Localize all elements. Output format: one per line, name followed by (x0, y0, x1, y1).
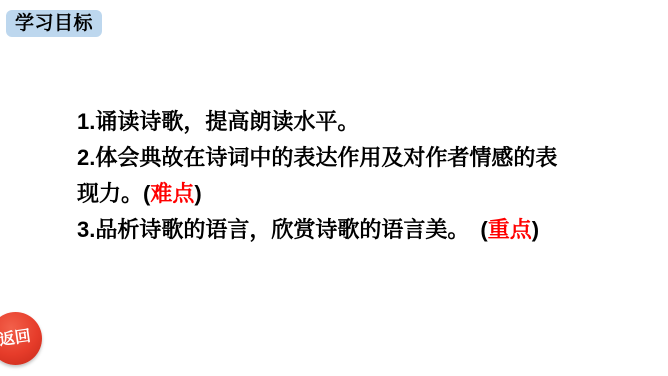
objective-text: 2.体会典故在诗词中的表达作用及对作者情感的表 (77, 145, 557, 170)
objective-highlight-text: 重点 (488, 217, 532, 242)
objective-line: 现力。(难点) (77, 176, 557, 212)
slide-title-badge: 学习目标 (6, 10, 102, 37)
objective-line: 2.体会典故在诗词中的表达作用及对作者情感的表 (77, 140, 557, 176)
objective-text: ) (532, 217, 539, 242)
objective-highlight-text: 难点 (150, 181, 194, 206)
return-button-label: 返回 (0, 328, 32, 348)
objective-line: 1.诵读诗歌，提高朗读水平。 (77, 104, 557, 140)
return-button[interactable]: 返回 (0, 312, 42, 365)
objective-text: 3.品析诗歌的语言，欣赏诗歌的语言美。 ( (77, 217, 488, 242)
objective-line: 3.品析诗歌的语言，欣赏诗歌的语言美。 (重点) (77, 212, 557, 248)
objective-text: 1.诵读诗歌，提高朗读水平。 (77, 109, 359, 134)
slide-canvas: 学习目标 1.诵读诗歌，提高朗读水平。2.体会典故在诗词中的表达作用及对作者情感… (0, 0, 668, 376)
objectives-list: 1.诵读诗歌，提高朗读水平。2.体会典故在诗词中的表达作用及对作者情感的表现力。… (77, 104, 557, 248)
objective-text: ) (194, 181, 201, 206)
objective-text: 现力。( (77, 181, 150, 206)
